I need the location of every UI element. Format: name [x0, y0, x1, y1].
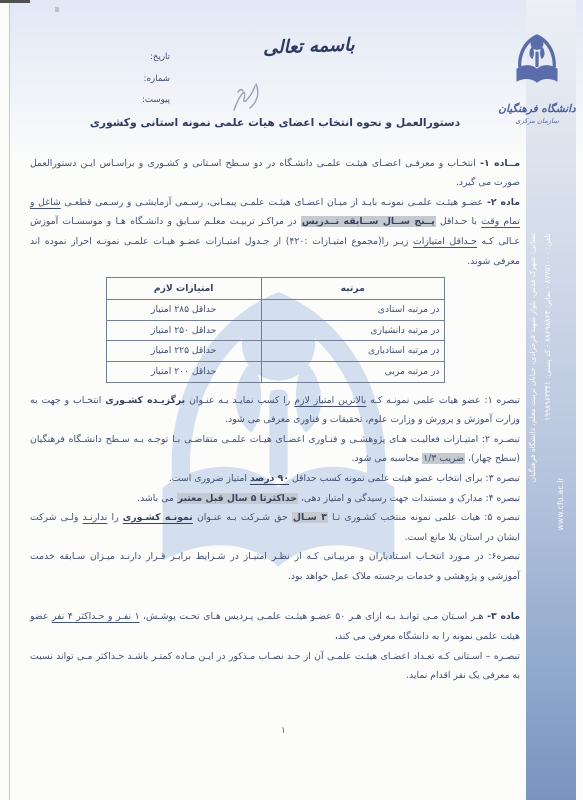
text-segment: تبصره ۴: مدارک و مستندات جهت رسیدگی و ام… — [298, 493, 520, 504]
address-text: نشانی: شهرک قدس، بلوار شهید فرحزادی، خیا… — [528, 233, 537, 482]
rank-cell: در مرتبه استادیاری — [261, 341, 444, 362]
text-segment: بالاترین امتیاز لازم — [294, 395, 366, 406]
points-cell: حداقل ۲۲۵ امتیاز — [106, 341, 261, 362]
paragraphs-before-table: مــاده ۱- انتخـاب و معرفـی اعضـای هیئـت … — [30, 154, 520, 272]
text-segment: ۱ نفـر و حـداکثر ۴ نفر — [52, 611, 140, 622]
table-row: در مرتبه استادیاریحداقل ۲۲۵ امتیاز — [106, 341, 444, 362]
university-emblem-icon — [510, 33, 564, 97]
text-segment: ماده ۳- — [483, 611, 520, 622]
tabsere-4: تبصره ۴: مدارک و مستندات جهت رسیدگی و ام… — [30, 489, 520, 509]
rank-cell: در مرتبه استادی — [261, 300, 444, 321]
scan-speck — [55, 7, 59, 12]
attachment-label: پیوست: — [110, 90, 170, 112]
text-segment: می باشد. — [137, 493, 177, 504]
text-segment: تبصره ۳: برای انتخاب عضو هیئت علمی نمونه… — [289, 473, 520, 484]
score-table: مرتبه امتیازات لازم در مرتبه استادیحداقل… — [106, 277, 445, 382]
document-body: دستورالعمل و نحوه انتخاب اعضای هیات علمی… — [30, 113, 520, 686]
text-segment: ۹۰ درصد — [250, 473, 289, 484]
text-segment: هـر اسـتان مـی توانـد بـه ازای هـر ۵۰ عض… — [140, 611, 484, 622]
text-segment: محاسبه می شود. — [352, 453, 423, 464]
text-segment: تبصره ۵: هیات علمی نمونه منتخب کشـوری تـ… — [328, 512, 520, 523]
madde-2: ماده ۲- عضـو هیئـت علمـی نمونـه بایـد از… — [30, 193, 520, 271]
text-segment: حـداقل امتیازات — [413, 236, 477, 247]
tabsere-2: تبصـره ۲: امتیـازات فعالیـت هـای پژوهشـی… — [30, 430, 520, 469]
rank-column-header: مرتبه — [261, 278, 444, 300]
score-table-header-row: مرتبه امتیازات لازم — [106, 278, 444, 300]
text-segment: برگزیـده کشـوری — [105, 395, 185, 406]
table-row: در مرتبه مربیحداقل ۲۰۰ امتیاز — [106, 361, 444, 382]
scanned-letter-page: نشانی: شهرک قدس، بلوار شهید فرحزادی، خیا… — [0, 0, 583, 800]
paragraphs-after-table: تبصره ۱: عضو هیات علمی نمونـه کـه بالاتر… — [30, 391, 520, 686]
table-row: در مرتبه استادیحداقل ۲۸۵ امتیاز — [106, 300, 444, 321]
letter-meta-labels: تاریخ: شماره: پیوست: — [110, 47, 170, 112]
text-segment: تبصره ۱: عضو هیات علمی نمونـه کـه — [366, 395, 520, 406]
table-row: در مرتبه دانشیاریحداقل ۲۵۰ امتیاز — [106, 320, 444, 341]
madde-1: مــاده ۱- انتخـاب و معرفـی اعضـای هیئـت … — [30, 154, 520, 193]
scan-left-edge — [0, 0, 10, 800]
tabsere-5: تبصره ۵: هیات علمی نمونه منتخب کشـوری تـ… — [30, 508, 520, 547]
document-title: دستورالعمل و نحوه انتخاب اعضای هیات علمی… — [30, 113, 520, 133]
number-label: شماره: — [110, 69, 170, 91]
page-number: ۱ — [281, 726, 286, 736]
text-segment: پــنج ســال ســابقه تــدریس — [301, 216, 436, 227]
date-label: تاریخ: — [110, 47, 170, 69]
points-cell: حداقل ۲۸۵ امتیاز — [106, 300, 261, 321]
tabsere-3: تبصره ۳: برای انتخاب عضو هیئت علمی نمونه… — [30, 469, 520, 489]
points-cell: حداقل ۲۰۰ امتیاز — [106, 361, 261, 382]
website-text: www.cfu.ac.ir — [556, 477, 565, 531]
signature-mark — [226, 72, 268, 118]
text-segment: را — [107, 512, 122, 523]
text-segment: حق شـرکت بـه عنـوان — [193, 512, 292, 523]
text-segment: ندارنـد — [83, 512, 108, 523]
tabsere-6: تبصره۶: در مـورد انتخـاب اسـتادیاران و م… — [30, 547, 520, 586]
text-segment: امتیاز ضروری است. — [169, 473, 250, 484]
tabsere-1: تبصره ۱: عضو هیات علمی نمونـه کـه بالاتر… — [30, 391, 520, 430]
madde-3: ماده ۳- هـر اسـتان مـی توانـد بـه ازای ه… — [30, 607, 520, 646]
text-segment: ضریب ۱/۳ — [422, 453, 465, 464]
text-segment: ماده ۲- — [483, 197, 520, 208]
text-segment: نمونـه کشـوری — [123, 512, 193, 523]
bismillah-calligraphy: باسمه تعالی — [263, 34, 355, 58]
text-segment: مــاده ۱- — [476, 158, 520, 169]
text-segment: را کسب نمایـد بـه عنـوان — [185, 395, 294, 406]
points-cell: حداقل ۲۵۰ امتیاز — [106, 320, 261, 341]
text-segment: ۳ سـال — [292, 512, 328, 523]
text-segment: با حـداقل — [436, 216, 481, 227]
university-logo: دانشگاه فرهنگیان سازمان مرکزی — [495, 33, 579, 125]
text-segment: تبصره۶: در مـورد انتخـاب اسـتادیاران و م… — [30, 551, 520, 582]
text-segment: حداکثرتا ۵ سال قبل معتبر — [177, 493, 298, 504]
points-column-header: امتیازات لازم — [106, 278, 261, 300]
text-segment: عضـو هیئـت علمـی نمونـه بایـد از میـان ا… — [61, 197, 483, 208]
rank-cell: در مرتبه دانشیاری — [261, 320, 444, 341]
rank-cell: در مرتبه مربی — [261, 361, 444, 382]
phone-fax-postal-text: تلفن: ۸۷۷۵۱۰۰۰ - نمابر: ۸۸۶۹۸۸۶۴ - کد پس… — [543, 233, 552, 421]
text-segment: انتخـاب و معرفـی اعضـای هیئـت علمـی دانش… — [30, 158, 520, 189]
scan-corner-mark — [0, 0, 30, 3]
tabsere-madde-3: تبصـره – اسـتانی کـه تعـداد اعضـای هیئـت… — [30, 647, 520, 686]
text-segment: تبصـره – اسـتانی کـه تعـداد اعضـای هیئـت… — [30, 651, 520, 682]
